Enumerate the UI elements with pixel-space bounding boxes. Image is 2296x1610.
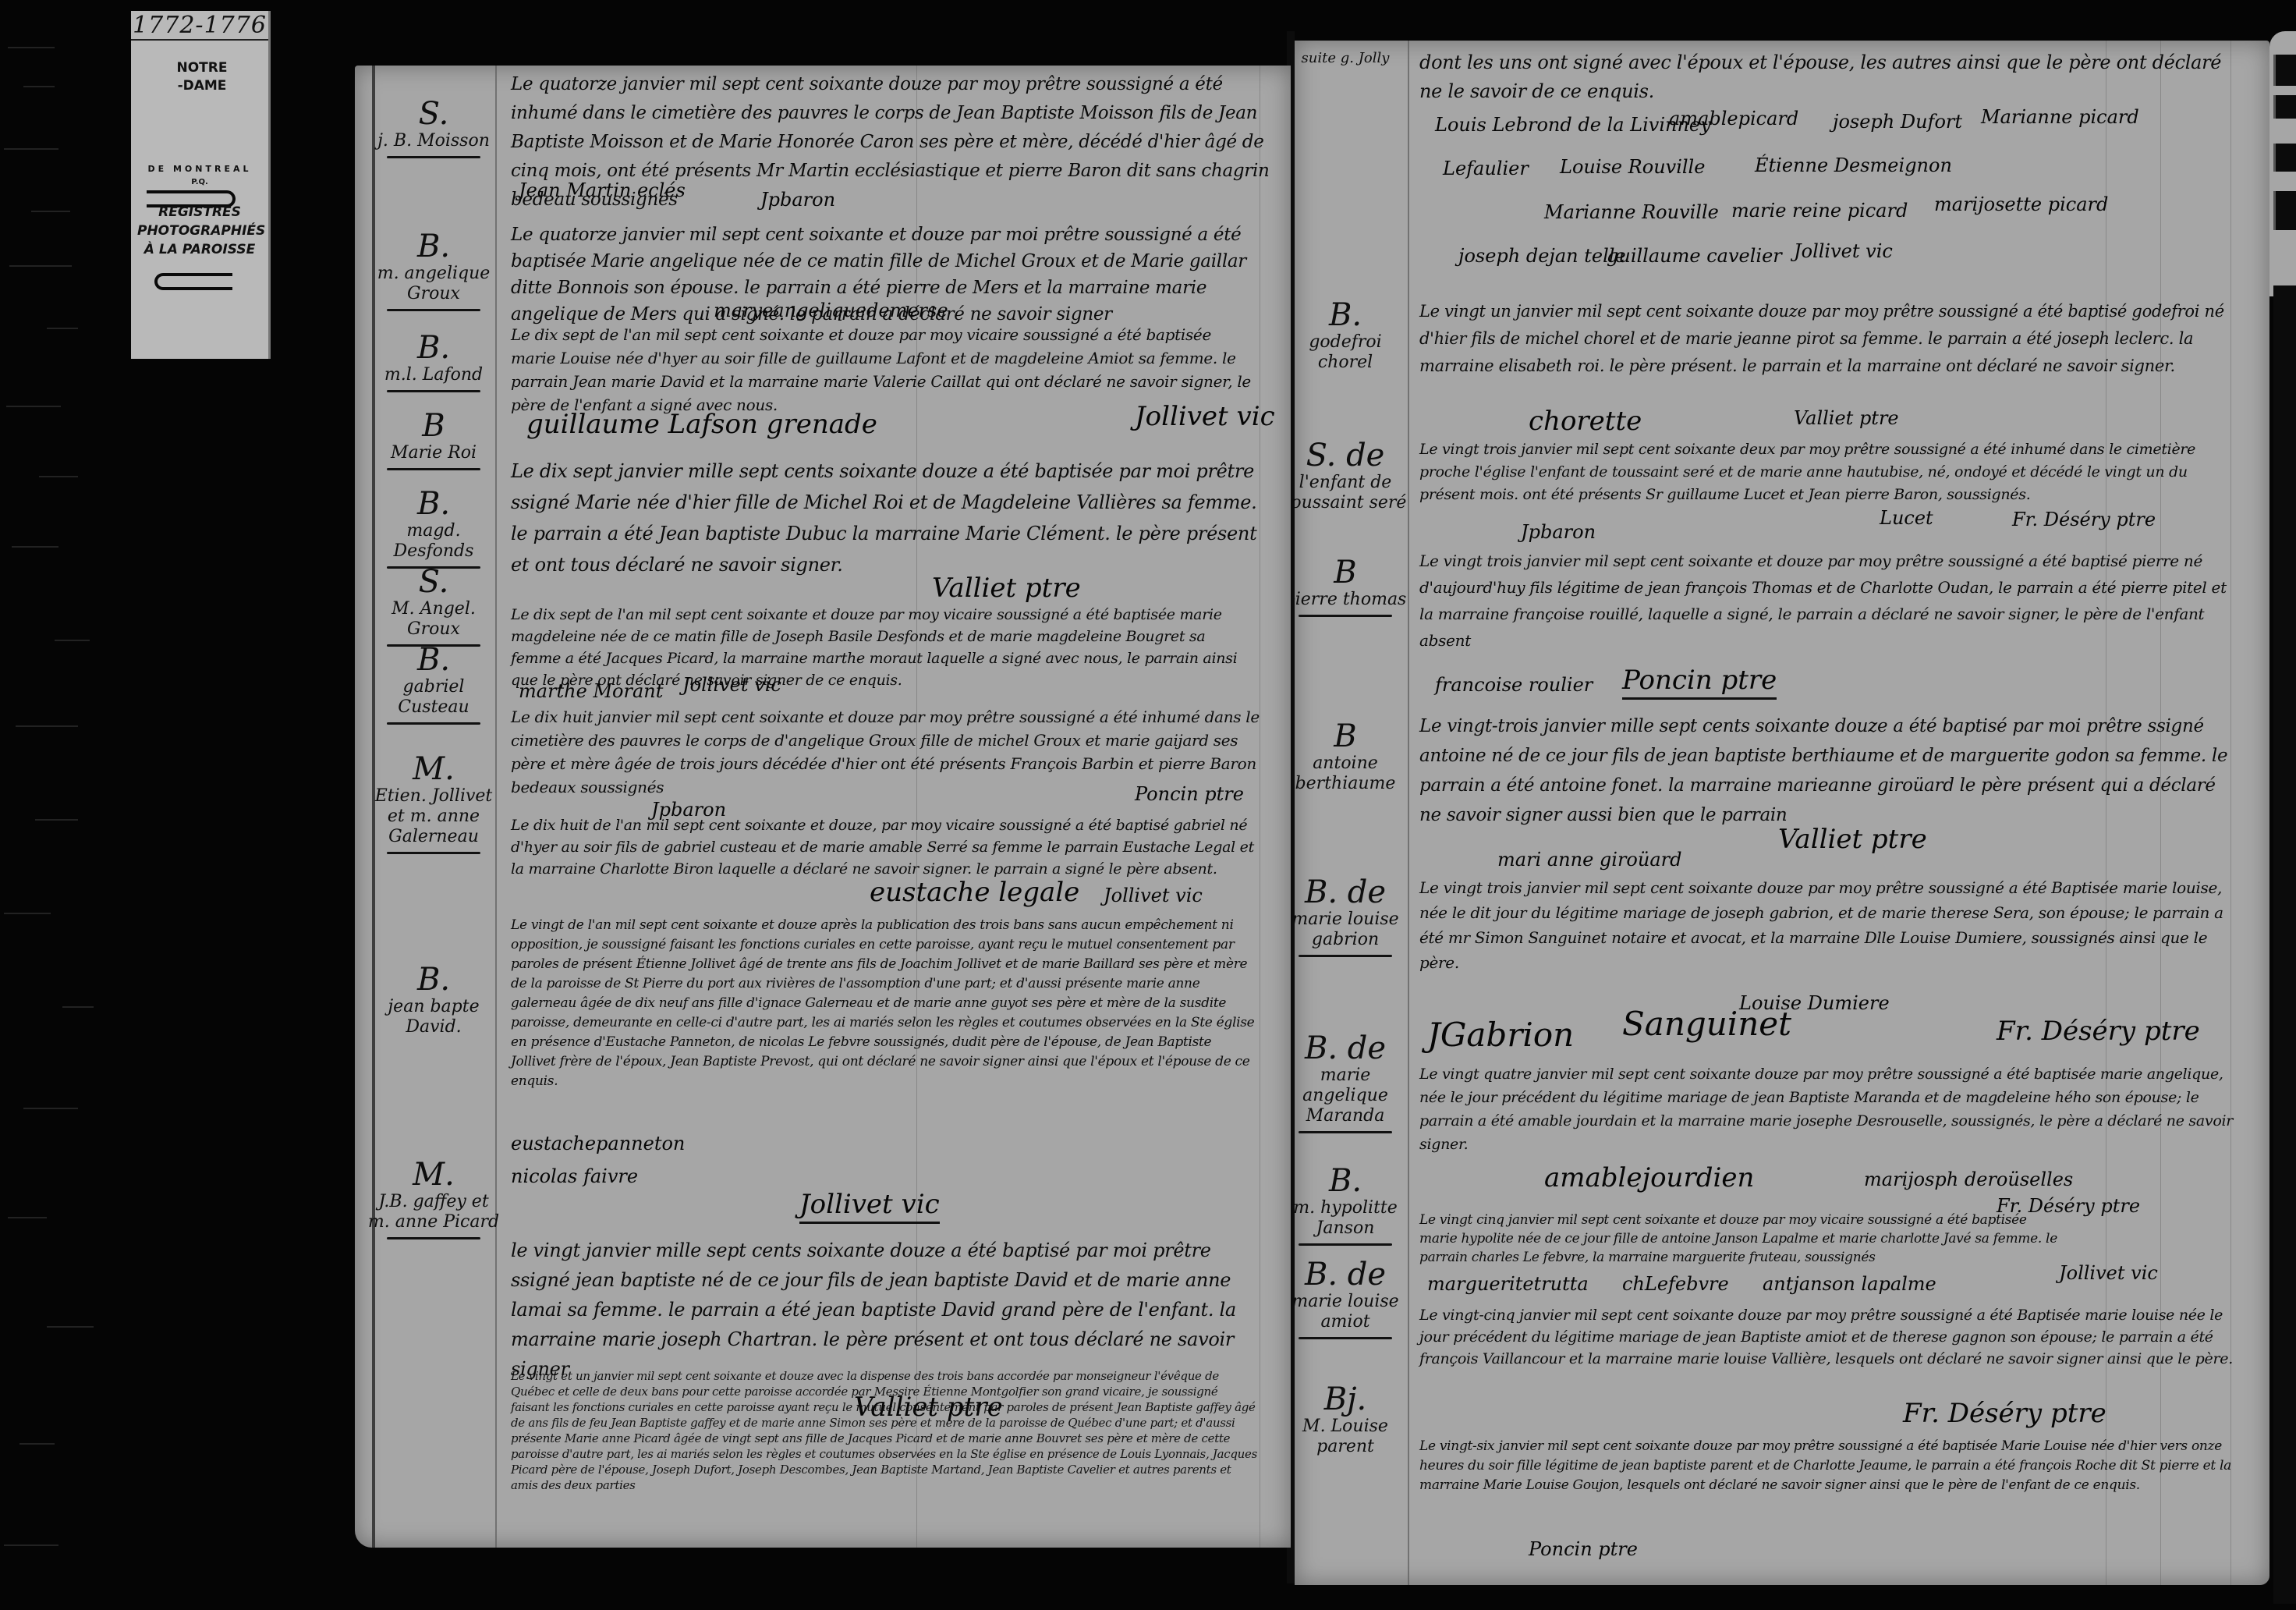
signature: marie reine picard [1731, 200, 1908, 222]
signature: Valliet ptre [1778, 824, 1927, 855]
margin-note: BMarie Roi [367, 409, 500, 470]
register-entry: Le vingt-trois janvier mille sept cents … [1419, 711, 2238, 830]
register-entry: Le dix huit de l'an mil sept cent soixan… [511, 814, 1260, 880]
signature: marijosph deroüselles [1864, 1168, 2073, 1190]
signature: Marianne Rouville [1544, 201, 1719, 223]
signature: Poncin ptre [1529, 1538, 1638, 1560]
register-entry: Le vingt-six janvier mil sept cent soixa… [1419, 1437, 2238, 1495]
signature: Jollivet vic [2059, 1262, 2158, 1284]
margin-note: suite g. Jolly [1295, 48, 1412, 69]
signature: guillaume Lafson grenade [526, 409, 877, 440]
signature: Jpbaron [1521, 521, 1596, 543]
left-page: S.j. B. Moisson B.m. angelique Groux B.m… [355, 66, 1291, 1548]
signature: nicolas faivre [511, 1165, 638, 1187]
signature: marijosette picard [1934, 193, 2108, 215]
edge-tab [2273, 95, 2296, 119]
signature: Jpbaron [760, 189, 835, 211]
margin-note: B. demarie louise amiot [1295, 1257, 1412, 1339]
margin-note: S. del'enfant de toussaint seré [1295, 438, 1412, 513]
register-entry: Le vingt trois janvier mil sept cent soi… [1419, 438, 2238, 506]
signature: Jean Martin eclés [519, 179, 686, 201]
signature: Étienne Desmeignon [1755, 154, 1952, 176]
signature: Fr. Déséry ptre [1997, 1016, 2200, 1047]
signature: Lucet [1880, 507, 1933, 529]
margin-note: B.m. angelique Groux [367, 229, 500, 311]
margin-note: B.m.l. Lafond [367, 331, 500, 392]
signature: maryeangeliquedemerse [714, 300, 948, 321]
register-entry: Le dix sept de l'an mil sept cent soixan… [511, 604, 1260, 691]
register-note: REGISTRES PHOTOGRAPHIÉS À LA PAROISSE [137, 203, 262, 259]
edge-tab [2273, 191, 2296, 230]
signature: JGabrion [1427, 1016, 1574, 1054]
parish-name: NOTRE-DAME [175, 59, 229, 95]
signature: eustache legale [870, 877, 1079, 908]
signature: margueritetrutta [1427, 1273, 1589, 1295]
archive-label-strip: 1772-1776 NOTRE-DAME DE MONTREAL P.Q. RE… [131, 11, 271, 359]
signature: antjanson lapalme [1763, 1273, 1936, 1295]
signature: francoise roulier [1435, 674, 1593, 696]
signature: Jollivet vic [799, 1189, 940, 1224]
margin-note: M.Etien. Jollivet et m. anne Galerneau [367, 752, 500, 854]
margin-note: Bantoine berthiaume [1295, 719, 1412, 794]
signature: joseph dejan telle [1458, 245, 1626, 267]
register-entry: Le vingt et un janvier mil sept cent soi… [511, 1368, 1260, 1493]
edge-tab [2273, 55, 2296, 86]
edge-tab [2273, 144, 2296, 172]
margin-note: S.M. Angel. Groux [367, 565, 500, 647]
province-abbrev: P.Q. [131, 178, 268, 186]
register-entry: Le vingt-cinq janvier mil sept cent soix… [1419, 1304, 2238, 1370]
signature: marthe Morant [519, 680, 663, 702]
signature: Jollivet vic [682, 674, 781, 696]
signature: Jollivet vic [1104, 885, 1203, 906]
signature: Lefaulier [1443, 158, 1529, 179]
signature: amablejourdien [1544, 1162, 1754, 1193]
signature: Jollivet vic [1135, 401, 1275, 432]
register-entry: le vingt janvier mille sept cents soixan… [511, 1236, 1260, 1384]
city-name: DE MONTREAL [137, 164, 262, 174]
signature: eustachepanneton [511, 1133, 685, 1154]
margin-note: S.j. B. Moisson [367, 97, 500, 158]
signature: Poncin ptre [1622, 665, 1777, 700]
margin-note: B.m. hypolitte Janson [1295, 1164, 1412, 1246]
margin-note: B.magd. Desfonds [367, 487, 500, 569]
signature: chLefebvre [1622, 1273, 1729, 1295]
signature: Louise Rouville [1560, 156, 1705, 178]
signature: joseph Dufort [1833, 111, 1962, 133]
register-entry: Le vingt cinq janvier mil sept cent soix… [1419, 1211, 2059, 1267]
margin-note: B.gabriel Custeau [367, 643, 500, 725]
signature: chorette [1529, 406, 1642, 437]
signature: Fr. Déséry ptre [2012, 509, 2156, 530]
right-page: suite g. Jolly B.godefroi chorel S. del'… [1295, 41, 2269, 1585]
margin-note: B.godefroi chorel [1295, 298, 1412, 373]
signature: mari anne giroüard [1497, 849, 1681, 871]
edge-tab [2273, 285, 2296, 1604]
signature: Jollivet vic [1794, 240, 1893, 262]
register-entry: Le vingt de l'an mil sept cent soixante … [511, 916, 1260, 1091]
signature: Valliet ptre [932, 573, 1081, 604]
margin-note: B. demarie angelique Maranda [1295, 1031, 1412, 1133]
signature: Marianne picard [1981, 106, 2139, 128]
margin-note: M.J.B. gaffey et m. anne Picard [367, 1158, 500, 1239]
signature: guillaume cavelier [1607, 245, 1782, 267]
signature: Sanguinet [1622, 1005, 1791, 1043]
signature: amablepicard [1669, 108, 1798, 129]
signature: Valliet ptre [1794, 407, 1899, 429]
register-entry: Le vingt trois janvier mil sept cent soi… [1419, 548, 2238, 654]
paperclip-icon [154, 273, 232, 290]
margin-note: Bj.M. Louise parent [1295, 1382, 1412, 1457]
register-entry: Le dix sept janvier mille sept cents soi… [511, 456, 1260, 580]
margin-note: B. demarie louise gabrion [1295, 875, 1412, 957]
margin-note: Bpierre thomas [1295, 555, 1412, 617]
register-entry: dont les uns ont signé avec l'époux et l… [1419, 48, 2238, 106]
register-entry: Le vingt quatre janvier mil sept cent so… [1419, 1062, 2238, 1156]
signature: Poncin ptre [1135, 783, 1244, 805]
year-range: 1772-1776 [131, 11, 268, 41]
margin-rule [1408, 41, 1409, 1585]
register-entry: Le vingt un janvier mil sept cent soixan… [1419, 298, 2238, 380]
register-entry: Le vingt trois janvier mil sept cent soi… [1419, 875, 2238, 975]
margin-note: B.jean bapte David. [367, 963, 500, 1037]
signature: Fr. Déséry ptre [1903, 1398, 2106, 1429]
